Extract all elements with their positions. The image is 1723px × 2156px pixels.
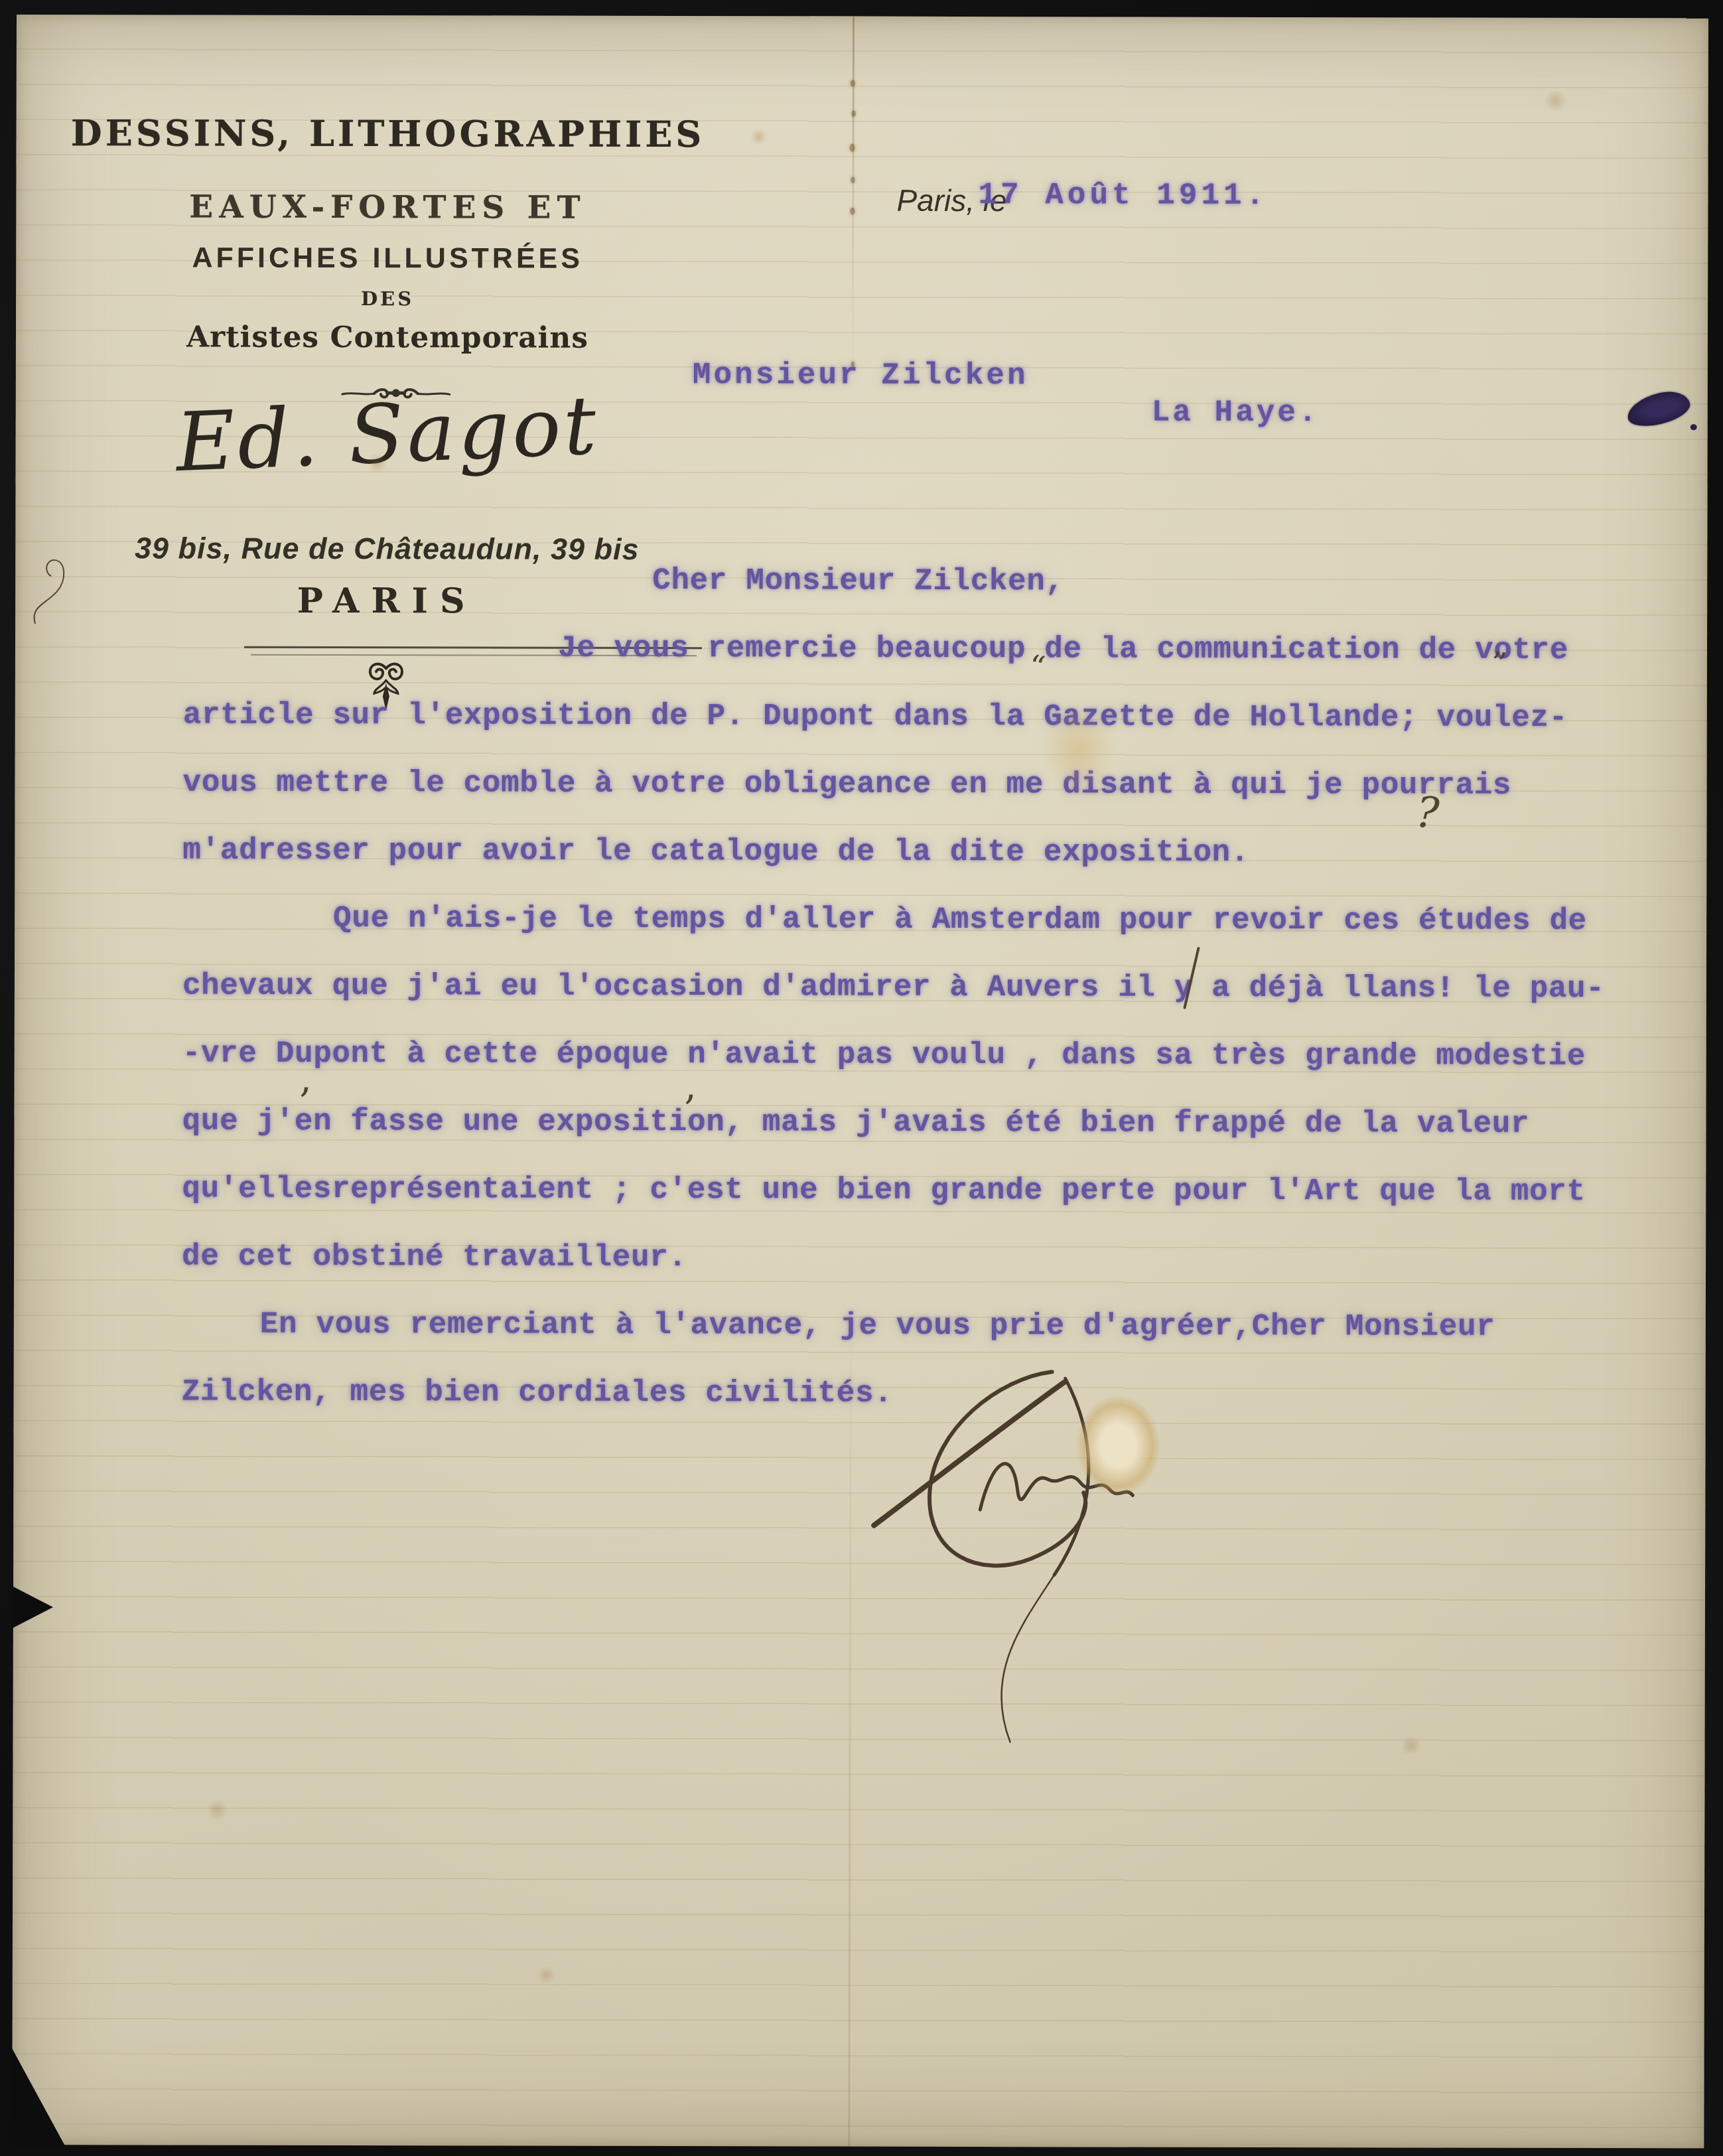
ink-blot-dot — [1690, 424, 1697, 430]
body-line: Que n'ais-je le temps d'aller à Amsterda… — [182, 885, 1616, 956]
letterhead-line-dessins: DESSINS, LITHOGRAPHIES — [70, 111, 707, 155]
letter-paper: DESSINS, LITHOGRAPHIES EAUX-FORTES ET AF… — [12, 15, 1708, 2148]
letterhead-name: Ed. Sagot — [67, 374, 707, 494]
recipient-name: Monsieur Zilcken — [693, 358, 1028, 393]
letterhead-line-eaux-fortes: EAUX-FORTES ET — [69, 188, 706, 226]
body-line: de cet obstiné travailleur. — [182, 1223, 1615, 1294]
body-line: chevaux que j'ai eu l'occasion d'admirer… — [182, 952, 1616, 1023]
hair-fiber — [27, 545, 87, 632]
body-line: m'adresser pour avoir le catalogue de la… — [182, 817, 1616, 888]
letterhead-line-artistes: Artistes Contemporains — [69, 320, 706, 355]
body-line: article sur l'exposition de P. Dupont da… — [183, 682, 1616, 753]
body-line: -vre Dupont à cette époque n'avait pas v… — [182, 1020, 1616, 1091]
paper-edge-notch — [12, 1586, 53, 1628]
handwritten-question-mark: ? — [1414, 788, 1441, 838]
dateline-typed: 17 Août 1911. — [978, 178, 1268, 213]
ink-blot — [1624, 387, 1693, 431]
fox-stain-large — [1076, 1396, 1160, 1495]
letter-body: Cher Monsieur Zilcken, Je vous remercie … — [182, 546, 1617, 1429]
recipient-city: La Haye. — [1152, 395, 1320, 431]
handwritten-comma: , — [685, 1063, 697, 1108]
letterhead-line-affiches: AFFICHES ILLUSTRÉES — [69, 242, 706, 275]
closing-line: En vous remerciant à l'avance, je vous p… — [182, 1291, 1615, 1362]
salutation: Cher Monsieur Zilcken, — [183, 546, 1616, 617]
paper-corner-wedge — [11, 2047, 65, 2146]
body-line: vous mettre le comble à votre obligeance… — [182, 749, 1616, 820]
fox-stain-tan — [1040, 707, 1117, 793]
handwritten-comma: , — [300, 1056, 312, 1101]
body-line: que j'en fasse une exposition, mais j'av… — [182, 1088, 1615, 1159]
letterhead-line-des: DES — [69, 287, 706, 311]
body-line: qu'ellesreprésentaient ; c'est une bien … — [182, 1155, 1615, 1226]
body-line: Je vous remercie beaucoup de la communic… — [183, 614, 1616, 685]
